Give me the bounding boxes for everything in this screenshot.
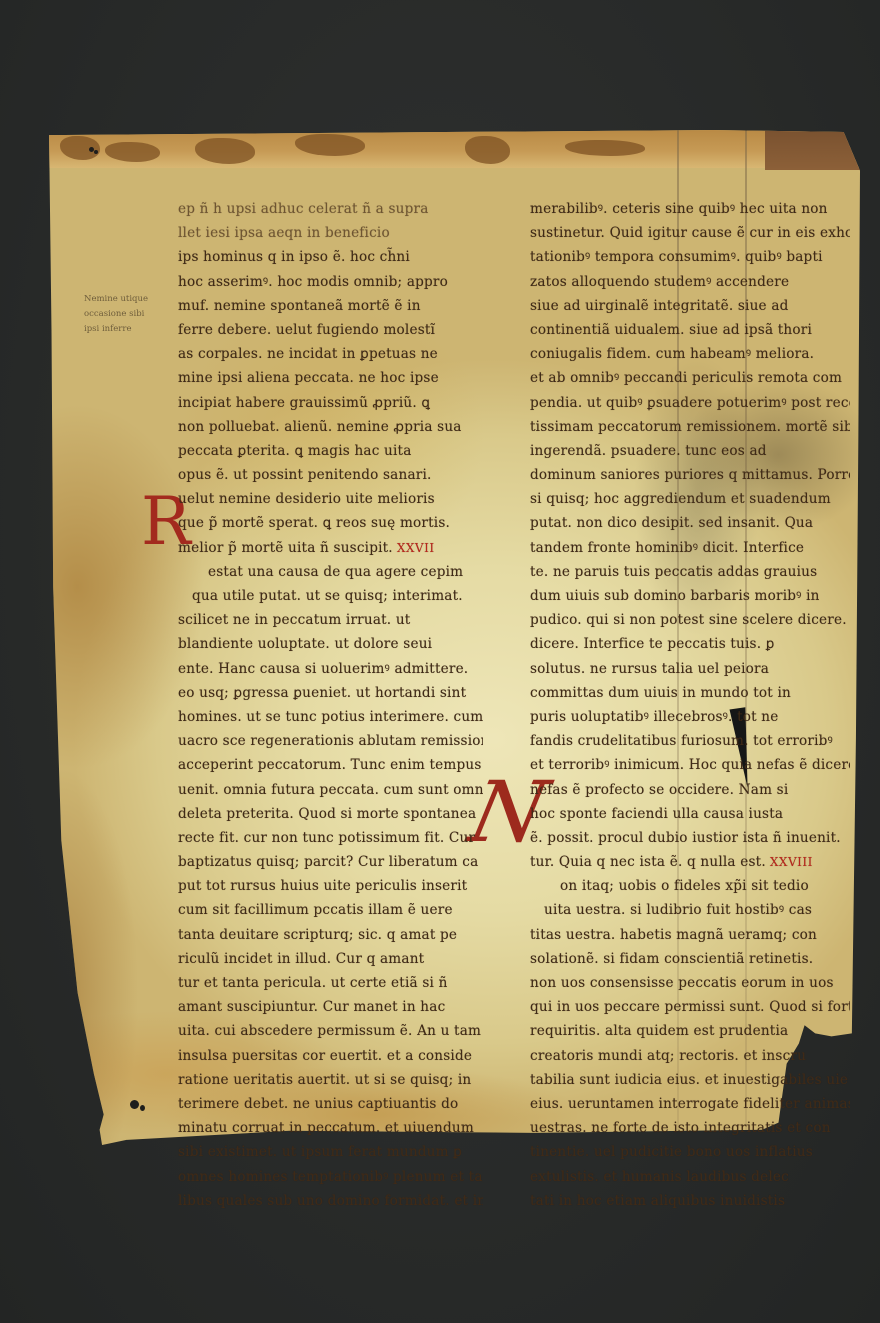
text-line: incipiat habere grauissimũ ꝓpriũ. ꝗ [178,391,483,415]
stain [60,136,100,160]
text-line: libus quales sub uno domino formidat. et… [178,1189,483,1213]
text-line: tati in hoc etiam aliquibus inuidistis [530,1189,850,1213]
left-text-column: ep ñ h upsi adhuc celerat ñ a supra llet… [178,197,483,1213]
text-line: homines. ut se tunc potius interimere. c… [178,705,483,729]
text-line: cum sit facillimum pccatis illam ẽ uere [178,898,483,922]
text-line: tur et tanta pericula. ut certe etiã si … [178,971,483,995]
text-line: ips hominus q in ipso ẽ. hoc ch̃ni [178,245,483,269]
text-line: peccata ꝑterita. ꝗ magis hac uita [178,439,483,463]
text-line: mine ipsi aliena peccata. ne hoc ipse [178,366,483,390]
text-line: uestras. ne forte de isto integritatis e… [530,1116,850,1140]
text-line: as corpales. ne incidat in ꝑpetuas ne [178,342,483,366]
stain [295,134,365,156]
worm-hole [130,1100,139,1109]
text-line: solationẽ. si fidam conscientiã retineti… [530,947,850,971]
text-line: pendia. ut quibꝰ ꝑsuadere potuerimꝰ post… [530,391,850,415]
text-line: put tot rursus huius uite periculis inse… [178,874,483,898]
text-line: uita uestra. si ludibrio fuit hostibꝰ ca… [530,898,850,922]
text-line: on itaq; uobis o fideles xp̃i sit tedio [530,874,850,898]
text-line: hoc asserimꝰ. hoc modis omnib; appro [178,270,483,294]
stained-top-band [45,130,860,168]
text-line: tandem fronte hominibꝰ dicit. Interfice [530,536,850,560]
text-line: ente. Hanc causa si uoluerimꝰ admittere. [178,657,483,681]
text-line: minatu corruat in peccatum. et uiuendum [178,1116,483,1140]
text-line: dum uiuis sub domino barbaris moribꝰ in [530,584,850,608]
worm-hole [140,1105,145,1111]
margin-note-line: ipsi inferre [84,322,148,337]
text-line: et terroribꝰ inimicum. Hoc quia nefas ẽ … [530,753,850,777]
text-line: merabilibꝰ. ceteris sine quibꝰ hec uita … [530,197,850,221]
text-line: ingerendã. psuadere. tunc eos ad [530,439,850,463]
text-line: recte fit. cur non tunc potissimum fit. … [178,826,483,850]
text-line: si quisq; hoc aggrediendum et suadendum [530,487,850,511]
text-line: extulistis. et humanis laudibus delec [530,1165,850,1189]
text-line: dominum saniores puriores q mittamus. Po… [530,463,850,487]
text-line: ẽ. possit. procul dubio iustior ista ñ i… [530,826,850,850]
text-line: tissimam peccatorum remissionem. mortẽ s… [530,415,850,439]
text-line: tinentie. uel pudicitie bono uos inflati… [530,1140,850,1164]
text-line: baptizatus quisq; parcit? Cur liberatum … [178,850,483,874]
text-line: tabilia sunt iudicia eius. et inuestigab… [530,1068,850,1092]
text-line: siue ad uirginalẽ integritatẽ. siue ad [530,294,850,318]
stain [105,142,160,162]
chapter-number-xxvii: XXVII [397,541,435,555]
text-line: llet iesi ipsa aeqn in beneficio [178,221,483,245]
text-line: dicere. Interfice te peccatis tuis. ꝑ [530,632,850,656]
text-line: muf. nemine spontaneã mortẽ ẽ in [178,294,483,318]
chapter-number-xxviii: XXVIII [770,855,813,869]
text-line: te. ne paruis tuis peccatis addas grauiu… [530,560,850,584]
text-line: zatos alloquendo studemꝰ accendere [530,270,850,294]
text-line: titas uestra. habetis magnã ueramq; con [530,923,850,947]
text-line: scilicet ne in peccatum irruat. ut [178,608,483,632]
text-line: solutus. ne rursus talia uel peiora [530,657,850,681]
text-line: committas dum uiuis in mundo tot in [530,681,850,705]
text-line: ratione ueritatis auertit. ut si se quis… [178,1068,483,1092]
text-line: ferre debere. uelut fugiendo molestĩ [178,318,483,342]
text-line: tanta deuitare scripturq; sic. q amat pe [178,923,483,947]
text-line: putat. non dico desipit. sed insanit. Qu… [530,511,850,535]
worm-hole [94,150,98,154]
text-line: acceperint peccatorum. Tunc enim tempus [178,753,483,777]
margin-note-line: Nemine utique [84,292,148,307]
text-line: que p̃ mortẽ sperat. ꝗ reos suę mortis. [178,511,483,535]
text-line: uelut nemine desiderio uite melioris [178,487,483,511]
text-line: hoc sponte faciendi ulla causa iusta [530,802,850,826]
text-line: tur. Quia q nec ista ẽ. q nulla est.XXVI… [530,850,850,874]
stain [465,136,510,164]
text-line: uenit. omnia futura peccata. cum sunt om… [178,778,483,802]
text-line: creatoris mundi atq; rectoris. et inscru [530,1044,850,1068]
text-line: nefas ẽ profecto se occidere. Nam si [530,778,850,802]
text-line: requiritis. alta quidem est prudentia [530,1019,850,1043]
text-line: ep ñ h upsi adhuc celerat ñ a supra [178,197,483,221]
text-line: sibi existimet. ut ipsum ferat mundum ꝑ [178,1140,483,1164]
text-line: sustinetur. Quid igitur cause ẽ cur in e… [530,221,850,245]
text-line: tationibꝰ tempora consumimꝰ. quibꝰ bapti [530,245,850,269]
text-line: non uos consensisse peccatis eorum in uo… [530,971,850,995]
text-line: blandiente uoluptate. ut dolore seui [178,632,483,656]
stain [565,140,645,156]
text-line: terimere debet. ne unius captiuantis do [178,1092,483,1116]
text-line: eo usq; ꝑgressa ꝑueniet. ut hortandi sin… [178,681,483,705]
text-line: deleta preterita. Quod si morte spontane… [178,802,483,826]
text-line: coniugalis fidem. cum habeamꝰ meliora. [530,342,850,366]
text-line: qui in uos peccare permissi sunt. Quod s… [530,995,850,1019]
text-line-content: melior p̃ mortẽ uita ñ suscipit. [178,540,393,556]
text-line: uacro sce regenerationis ablutam remissi… [178,729,483,753]
right-text-column: merabilibꝰ. ceteris sine quibꝰ hec uita … [530,197,850,1213]
text-line: qua utile putat. ut se quisq; interimat. [178,584,483,608]
text-line: eius. ueruntamen interrogate fideliter a… [530,1092,850,1116]
text-line: omnes homines temptationibꝰ plenum et ta [178,1165,483,1189]
text-line: puris uoluptatibꝰ illecebrosꝰ. tot ne [530,705,850,729]
margin-note-line: occasione sibi [84,307,148,322]
text-line: pudico. qui si non potest sine scelere d… [530,608,850,632]
text-line: melior p̃ mortẽ uita ñ suscipit.XXVII [178,536,483,560]
text-line: non polluebat. alienũ. nemine ꝓpria sua [178,415,483,439]
text-line: riculũ incidet in illud. Cur q amant [178,947,483,971]
text-line: amant suscipiuntur. Cur manet in hac [178,995,483,1019]
text-line: fandis crudelitatibus furiosum. tot erro… [530,729,850,753]
text-line: et ab omnibꝰ peccandi periculis remota c… [530,366,850,390]
text-line: estat una causa de qua agere cepim [178,560,483,584]
text-line-content: tur. Quia q nec ista ẽ. q nulla est. [530,854,766,870]
text-line: opus ẽ. ut possint penitendo sanari. [178,463,483,487]
text-line: continentiã uidualem. siue ad ipsã thori [530,318,850,342]
text-line: uita. cui abscedere permissum ẽ. An u ta… [178,1019,483,1043]
marginal-note: Nemine utique occasione sibi ipsi inferr… [84,292,148,337]
stain [195,138,255,164]
text-line: insulsa puersitas cor euertit. et a cons… [178,1044,483,1068]
